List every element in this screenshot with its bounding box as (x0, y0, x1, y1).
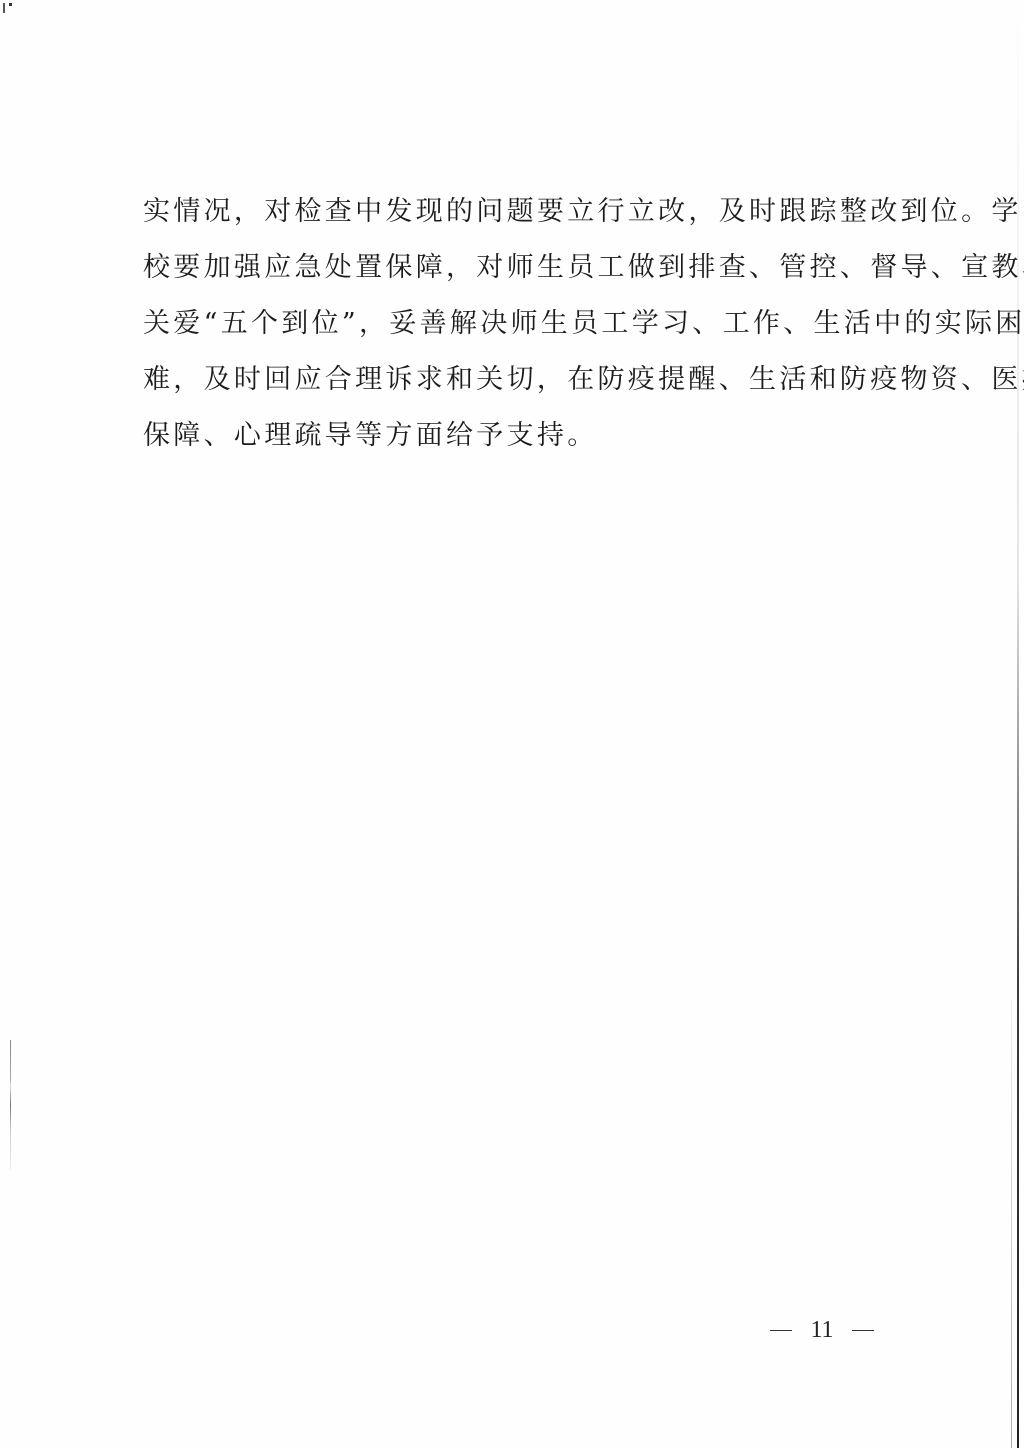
scan-corner-mark (3, 3, 5, 13)
body-paragraph: 实情况，对检查中发现的问题要立行立改，及时跟踪整改到位。学 校要加强应急处置保障… (143, 190, 903, 470)
dash-left (770, 1330, 792, 1331)
paragraph-line: 实情况，对检查中发现的问题要立行立改，及时跟踪整改到位。学 (143, 190, 903, 246)
paragraph-line: 关爱“五个到位”，妥善解决师生员工学习、工作、生活中的实际困 (143, 302, 903, 358)
paragraph-line: 难，及时回应合理诉求和关切，在防疫提醒、生活和防疫物资、医疗 (143, 358, 903, 414)
page-number-footer: 11 (762, 1312, 882, 1348)
dash-right (852, 1330, 874, 1331)
paragraph-line: 保障、心理疏导等方面给予支持。 (143, 414, 903, 470)
document-page: 实情况，对检查中发现的问题要立行立改，及时跟踪整改到位。学 校要加强应急处置保障… (0, 0, 1024, 1448)
scan-binding-marks (10, 1040, 11, 1170)
page-number: 11 (810, 1317, 833, 1344)
scan-edge-line (1011, 1000, 1012, 1448)
paragraph-line: 校要加强应急处置保障，对师生员工做到排查、管控、督导、宣教、 (143, 246, 903, 302)
